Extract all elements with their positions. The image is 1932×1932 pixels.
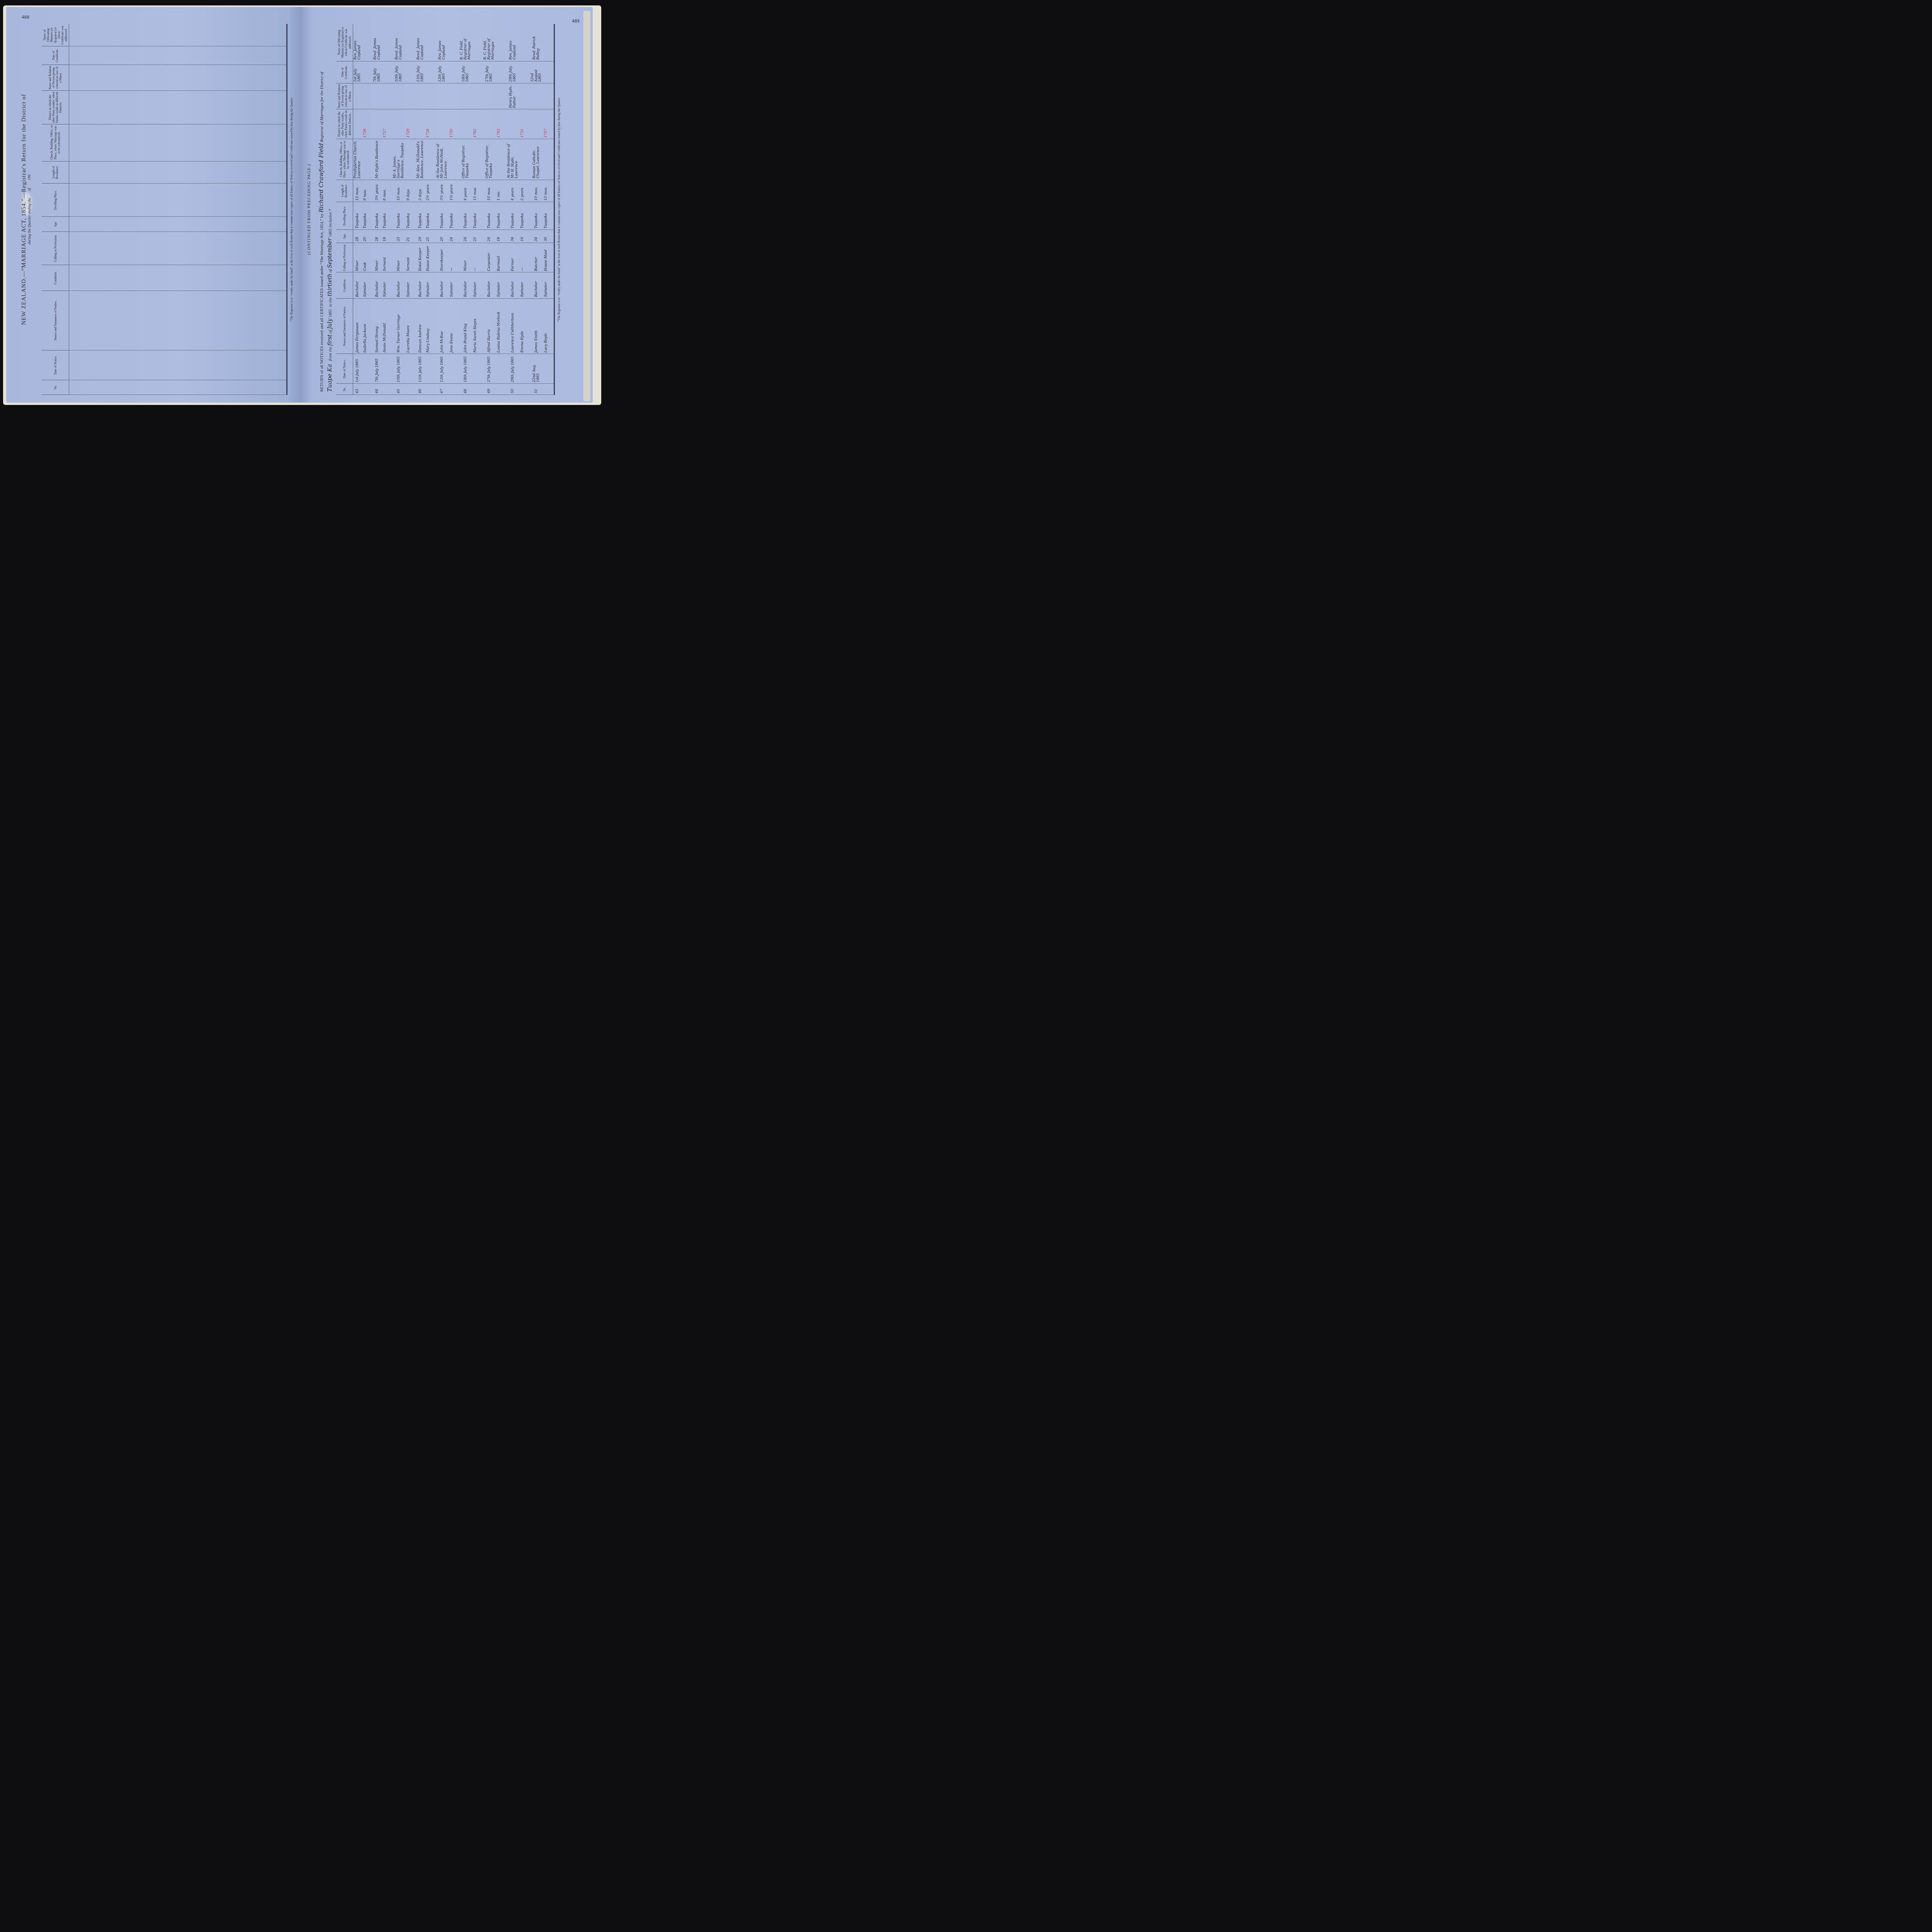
- register-number: 1728: [425, 109, 432, 139]
- age: 25: [425, 230, 432, 243]
- marriage-place: Office of Registrar, Tuapeka: [459, 139, 472, 180]
- notice-date: 27th July 1865: [483, 354, 495, 384]
- certificate-date: 11th July 1865: [416, 61, 425, 83]
- minister: [495, 24, 503, 61]
- calling: Cook: [362, 243, 369, 272]
- certificate-date: 10th July 1865: [393, 61, 405, 83]
- condition: Bachelor: [353, 272, 362, 298]
- register-number: [373, 109, 381, 139]
- dwelling: Tuapeka: [381, 202, 389, 230]
- marriage-place: [472, 139, 479, 180]
- notice-date: 29th July 1865: [507, 354, 519, 384]
- entry-number: [519, 384, 526, 395]
- consent: [353, 83, 362, 109]
- age: 18: [495, 230, 503, 243]
- marriage-place: [543, 139, 550, 180]
- col-date-notice: Date of Notice.: [42, 350, 69, 380]
- residence-length: 10 mos.: [483, 180, 495, 202]
- entry-number: 50: [507, 384, 519, 395]
- consent: [519, 83, 526, 109]
- age: 20: [362, 230, 369, 243]
- col-names: Names and Surnames of Parties.: [42, 291, 69, 350]
- entry-number: [495, 384, 503, 395]
- row-spacer: [503, 24, 507, 395]
- marriage-place: At the Residence of Mr John McNeill, Law…: [436, 139, 448, 180]
- entry-number: 43: [353, 384, 362, 395]
- left-header-row: No. Date of Notice. Names and Surnames o…: [42, 24, 69, 395]
- certificate-date: [519, 61, 526, 83]
- certificate-date: [495, 61, 503, 83]
- condition: Spinster: [425, 272, 432, 298]
- party-name: Emma Hyde: [519, 298, 526, 354]
- left-page: 488 NEW ZEALAND.—“MARRIAGE ACT, 1854.”—R…: [6, 7, 300, 403]
- age: 21: [405, 230, 412, 243]
- condition: Bachelor: [416, 272, 425, 298]
- condition: Bachelor: [507, 272, 519, 298]
- calling: Miner: [393, 243, 405, 272]
- notice-date: 12th July 1865: [436, 354, 448, 384]
- residence-length: 9 mos.: [362, 180, 369, 202]
- table-row: 447th July 1865Samuel StrongBachelorMine…: [373, 24, 381, 395]
- minister: [405, 24, 412, 61]
- col-consent: Name and Relation of Person giving conse…: [42, 65, 69, 91]
- consent: [373, 83, 381, 109]
- minister: [425, 24, 432, 61]
- entry-number: 51: [530, 384, 543, 395]
- register-entries: 431st July 1865James FergussonBachelorMi…: [353, 24, 554, 395]
- residence-length: 3 days: [416, 180, 425, 202]
- table-row: Emma HydeSpinster—16Tuapeka2 years1731: [519, 24, 526, 395]
- dwelling: Tuapeka: [436, 202, 448, 230]
- table-row: 431st July 1865James FergussonBachelorMi…: [353, 24, 362, 395]
- left-register-table: No. Date of Notice. Names and Surnames o…: [42, 24, 286, 395]
- register-number: 1763: [495, 109, 503, 139]
- consent: [543, 83, 550, 109]
- entry-number: 48: [459, 384, 472, 395]
- certificate-date: [472, 61, 479, 83]
- entry-number: [381, 384, 389, 395]
- right-page: 489 (CONTINUED FROM PRECEDING PAGE.) RET…: [300, 7, 593, 403]
- party-name: Annie McDonald: [381, 298, 389, 354]
- return-line-2: Tuape Ka from the first of July 1865 to …: [325, 24, 334, 395]
- party-name: Jane Evans: [448, 298, 456, 354]
- condition: Spinster: [448, 272, 456, 298]
- age: 34: [507, 230, 519, 243]
- calling: Carpenter: [483, 243, 495, 272]
- age: 16: [519, 230, 526, 243]
- marriage-place: [519, 139, 526, 180]
- marriage-place: [448, 139, 456, 180]
- register-number: 1757: [543, 109, 550, 139]
- marriage-place: [405, 139, 412, 180]
- residence-length: 2 years: [519, 180, 526, 202]
- table-row: Isabella JacksonSpinsterCook20Tuapeka9 m…: [362, 24, 369, 395]
- certificate-date: 7th July 1865: [373, 61, 381, 83]
- col-minister: Name of Officiating Minister (or Registr…: [42, 24, 69, 46]
- marriage-place: Roman Catholic Chapel, Lawrence: [530, 139, 543, 180]
- row-spacer: [432, 24, 436, 395]
- notice-date: 22nd Aug. 1865: [530, 354, 543, 384]
- condition: Spinster: [381, 272, 389, 298]
- row-spacer: [526, 24, 530, 395]
- entry-number: 44: [373, 384, 381, 395]
- register-number: [436, 109, 448, 139]
- register-number: 1726: [362, 109, 369, 139]
- calling: —: [448, 243, 456, 272]
- minister: Revd. James Copland: [373, 24, 381, 61]
- age: 34: [530, 230, 543, 243]
- register-number: [530, 109, 543, 139]
- minister: Rev. James Copland: [436, 24, 448, 61]
- marriage-place: [381, 139, 389, 180]
- dwelling: Tuapeka: [483, 202, 495, 230]
- calling: Butcher: [530, 243, 543, 272]
- condition: Bachelor: [393, 272, 405, 298]
- residence-length: 12 mos.: [543, 180, 550, 202]
- party-name: Laurence Cuthbertson: [507, 298, 519, 354]
- return-line-1: RETURN of all NOTICES received and all C…: [317, 24, 325, 395]
- table-row: 4712th July 1865John McRaeBachelorStorek…: [436, 24, 448, 395]
- left-page-content: NEW ZEALAND.—“MARRIAGE ACT, 1854.”—Regis…: [18, 24, 296, 395]
- condition: Bachelor: [483, 272, 495, 298]
- minister: [543, 24, 550, 61]
- party-name: Samuel Strong: [373, 298, 381, 354]
- calling: Storekeeper: [436, 243, 448, 272]
- residence-length: 12 mos.: [353, 180, 362, 202]
- calling: —: [519, 243, 526, 272]
- party-name: Duncan Andrew: [416, 298, 425, 354]
- residence-length: 4 years: [507, 180, 519, 202]
- table-row: 5029th July 1865Laurence CuthbertsonBach…: [507, 24, 519, 395]
- consent: Henry Hyde, Father: [507, 83, 519, 109]
- register-number: [393, 109, 405, 139]
- condition: Bachelor: [459, 272, 472, 298]
- party-name: Isabella Jackson: [362, 298, 369, 354]
- notice-date: [362, 354, 369, 384]
- register-number: [353, 109, 362, 139]
- register-number: 1730: [448, 109, 456, 139]
- party-name: Wm. Turner Gorringe: [393, 298, 405, 354]
- calling: —: [472, 243, 479, 272]
- consent: [416, 83, 425, 109]
- col-cert-date: Date of Certificate.: [42, 46, 69, 65]
- row-spacer: [456, 24, 459, 395]
- table-row: Annie McDonaldSpinsterServant18Tuapeka8 …: [381, 24, 389, 395]
- notice-date: [405, 354, 412, 384]
- certificate-date: 27th July 1865: [483, 61, 495, 83]
- ledger-book: 488 NEW ZEALAND.—“MARRIAGE ACT, 1854.”—R…: [3, 5, 601, 405]
- table-row: Mary LindsaySpinsterHouse Keeper25Tuapek…: [425, 24, 432, 395]
- residence-length: 10 mos.: [393, 180, 405, 202]
- residence-length: 1 mo.: [495, 180, 503, 202]
- register-number: [483, 109, 495, 139]
- consent: [483, 83, 495, 109]
- condition: Spinster: [405, 272, 412, 298]
- consent: [495, 83, 503, 109]
- continued-heading: (CONTINUED FROM PRECEDING PAGE.): [307, 24, 311, 395]
- row-spacer: [412, 24, 416, 395]
- dwelling: Tuapeka: [353, 202, 362, 230]
- notice-date: 7th July 1865: [373, 354, 381, 384]
- certificate-date: [362, 61, 369, 83]
- notice-date: 11th July 1865: [416, 354, 425, 384]
- register-number: [416, 109, 425, 139]
- table-row: Lucy BoyleSpinsterHouse Maid30Tuapeka12 …: [543, 24, 550, 395]
- col-district: District in which the other Party reside…: [42, 91, 69, 124]
- consent: [362, 83, 369, 109]
- col-condition: Condition.: [42, 265, 69, 291]
- certificate-date: 22nd August 1865: [530, 61, 543, 83]
- party-name: Lucretia Moore: [405, 298, 412, 354]
- table-row: 4611th July 1865Duncan AndrewBachelorHot…: [416, 24, 425, 395]
- consent: [459, 83, 472, 109]
- left-page-number: 488: [22, 15, 29, 20]
- dwelling: Tuapeka: [362, 202, 369, 230]
- consent: [405, 83, 412, 109]
- notice-date: [519, 354, 526, 384]
- dwelling: Tuapeka: [393, 202, 405, 230]
- notice-date: 18th July 1865: [459, 354, 472, 384]
- condition: Spinster: [543, 272, 550, 298]
- minister: [448, 24, 456, 61]
- age: 29: [416, 230, 425, 243]
- table-row: 4510th July 1865Wm. Turner GorringeBache…: [393, 24, 405, 395]
- certificate-date: 1st July 1865: [353, 61, 362, 83]
- dwelling: Tuapeka: [507, 202, 519, 230]
- dwelling: Tuapeka: [448, 202, 456, 230]
- consent: [381, 83, 389, 109]
- table-row: 4927th July 1865Alfred HarrisBachelorCar…: [483, 24, 495, 395]
- minister: [381, 24, 389, 61]
- certificate-date: [425, 61, 432, 83]
- register-number: [459, 109, 472, 139]
- minister: Revd. Patrick Bulleg: [530, 24, 543, 61]
- minister: Rev. James Copland: [507, 24, 519, 61]
- condition: Spinster: [362, 272, 369, 298]
- age: 20: [436, 230, 448, 243]
- calling: House Maid: [543, 243, 550, 272]
- age: 25: [472, 230, 479, 243]
- entry-number: 49: [483, 384, 495, 395]
- certificate-date: 29th July 1865: [507, 61, 519, 83]
- right-footnote: *The Registrar is to “certify under his …: [557, 24, 561, 395]
- certificate-date: [448, 61, 456, 83]
- party-name: John Brand King: [459, 298, 472, 354]
- age: 33: [393, 230, 405, 243]
- party-name: Maria Sarah Hayes: [472, 298, 479, 354]
- registrar-name: Richard Crawford Field: [318, 143, 325, 213]
- minister: [472, 24, 479, 61]
- page-edges: [583, 11, 590, 401]
- notice-date: [448, 354, 456, 384]
- age: 24: [448, 230, 456, 243]
- table-row: 4818th July 1865John Brand KingBachelorM…: [459, 24, 472, 395]
- minister: Revd. James Copland: [416, 24, 425, 61]
- calling: Farmer: [507, 243, 519, 272]
- consent: [393, 83, 405, 109]
- calling: Barmaid: [495, 243, 503, 272]
- party-name: John McRae: [436, 298, 448, 354]
- entry-number: 47: [436, 384, 448, 395]
- calling: House Keeper: [425, 243, 432, 272]
- table-row: 5122nd Aug. 1865James SmithBachelorButch…: [530, 24, 543, 395]
- calling: Miner: [353, 243, 362, 272]
- marriage-place: [362, 139, 369, 180]
- minister: Rev. James Copland: [353, 24, 362, 61]
- row-spacer: [479, 24, 483, 395]
- entry-number: [405, 384, 412, 395]
- party-name: Alfred Harris: [483, 298, 495, 354]
- condition: Spinster: [495, 272, 503, 298]
- certificate-date: 18th July 1865: [459, 61, 472, 83]
- age: 24: [483, 230, 495, 243]
- age: 28: [353, 230, 362, 243]
- col-calling: Calling or Profession.: [42, 231, 69, 265]
- calling: Miner: [459, 243, 472, 272]
- marriage-place: Mr Alex. McDonald's Residence, Lawrence: [416, 139, 425, 180]
- condition: Spinster: [472, 272, 479, 298]
- register-number: 1731: [519, 109, 526, 139]
- minister: [362, 24, 369, 61]
- col-no: No.: [42, 380, 69, 395]
- residence-length: 2½ years: [425, 180, 432, 202]
- register-number: 1727: [381, 109, 389, 139]
- register-number: [507, 109, 519, 139]
- condition: Bachelor: [373, 272, 381, 298]
- left-footnote: *The Registrar is to “certify under his …: [290, 24, 293, 395]
- dwelling: Tuapeka: [416, 202, 425, 230]
- residence-length: 3½ years: [436, 180, 448, 202]
- right-page-content: (CONTINUED FROM PRECEDING PAGE.) RETURN …: [303, 24, 585, 395]
- minister: R. C. Field, Registrar of Marriages: [483, 24, 495, 61]
- col-age: Age.: [42, 217, 69, 231]
- consent: [472, 83, 479, 109]
- left-empty-body: [69, 24, 287, 395]
- age: 30: [543, 230, 550, 243]
- marriage-place: Mr Hyde's Residence: [373, 139, 381, 180]
- col-place: Church, Building, Office, or Place, wher…: [42, 124, 69, 161]
- certificate-date: [381, 61, 389, 83]
- notice-date: 10th July 1865: [393, 354, 405, 384]
- certificate-date: [543, 61, 550, 83]
- condition: Bachelor: [436, 272, 448, 298]
- notice-date: [495, 354, 503, 384]
- party-name: Lucy Boyle: [543, 298, 550, 354]
- district-name: Tuape Ka: [326, 364, 333, 392]
- table-row: Jane EvansSpinster—24Tuapeka1½ years1730: [448, 24, 456, 395]
- dwelling: Tuapeka: [405, 202, 412, 230]
- residence-length: 10 mos.: [530, 180, 543, 202]
- dwelling: Tuapeka: [519, 202, 526, 230]
- consent: [425, 83, 432, 109]
- residence-length: 8 mos.: [381, 180, 389, 202]
- dwelling: Tuapeka: [495, 202, 503, 230]
- residence-length: 4 years: [459, 180, 472, 202]
- calling: Hotel Keeper: [416, 243, 425, 272]
- register-number: 1729: [405, 109, 412, 139]
- dwelling: Tuapeka: [530, 202, 543, 230]
- age: 18: [381, 230, 389, 243]
- row-spacer: [550, 24, 554, 395]
- marriage-place: Office of Registrar, Tuapeka: [483, 139, 495, 180]
- right-header-row: No. Date of Notice. Names and Surnames o…: [336, 24, 353, 395]
- right-register-table: No. Date of Notice. Names and Surnames o…: [336, 24, 554, 395]
- marriage-place: [495, 139, 503, 180]
- party-name: Mary Lindsay: [425, 298, 432, 354]
- minister: [519, 24, 526, 61]
- age: 28: [373, 230, 381, 243]
- marriage-place: [425, 139, 432, 180]
- condition: Bachelor: [530, 272, 543, 298]
- marriage-place: Presbyterian Church, Lawrence: [353, 139, 362, 180]
- notice-date: [472, 354, 479, 384]
- notice-date: [425, 354, 432, 384]
- calling: Miner: [373, 243, 381, 272]
- notice-date: [381, 354, 389, 384]
- entry-number: [425, 384, 432, 395]
- dwelling: Tuapeka: [373, 202, 381, 230]
- minister: R. C. Field, Registrar of Marriages: [459, 24, 472, 61]
- residence-length: 15 mos.: [472, 180, 479, 202]
- marriage-place: Mr A. James, Gorringe's Residence, Tuape…: [393, 139, 405, 180]
- row-spacer: [389, 24, 393, 395]
- consent: [436, 83, 448, 109]
- row-spacer: [369, 24, 373, 395]
- col-dwelling: Dwelling Place.: [42, 184, 69, 217]
- right-page-number: 489: [572, 19, 580, 24]
- entry-number: [543, 384, 550, 395]
- calling: Servant: [381, 243, 389, 272]
- entry-number: [448, 384, 456, 395]
- dwelling: Tuapeka: [425, 202, 432, 230]
- entry-number: [362, 384, 369, 395]
- residence-length: 1½ years: [448, 180, 456, 202]
- left-subtitle: during the Quarter ending the of 186: [27, 24, 32, 395]
- dwelling: Tuapeka: [459, 202, 472, 230]
- party-name: James Fergusson: [353, 298, 362, 354]
- entry-number: 45: [393, 384, 405, 395]
- party-name: Louisa Rubina Morlock: [495, 298, 503, 354]
- consent: [530, 83, 543, 109]
- table-row: Maria Sarah HayesSpinster—25Tuapeka15 mo…: [472, 24, 479, 395]
- entry-number: [472, 384, 479, 395]
- dwelling: Tuapeka: [543, 202, 550, 230]
- residence-length: 9 days: [405, 180, 412, 202]
- certificate-date: [405, 61, 412, 83]
- col-residence: Length of Residence.: [42, 161, 69, 184]
- table-row: Lucretia MooreSpinsterServant21Tuapeka9 …: [405, 24, 412, 395]
- party-name: James Smith: [530, 298, 543, 354]
- table-row: Louisa Rubina MorlockSpinsterBarmaid18Tu…: [495, 24, 503, 395]
- residence-length: 3½ years: [373, 180, 381, 202]
- dwelling: Tuapeka: [472, 202, 479, 230]
- condition: Spinster: [519, 272, 526, 298]
- left-title: NEW ZEALAND.—“MARRIAGE ACT, 1854.”—Regis…: [21, 24, 27, 395]
- entry-number: 46: [416, 384, 425, 395]
- notice-date: 1st July 1865: [353, 354, 362, 384]
- notice-date: [543, 354, 550, 384]
- consent: [448, 83, 456, 109]
- calling: Servant: [405, 243, 412, 272]
- minister: Revd. James Copland: [393, 24, 405, 61]
- age: 24: [459, 230, 472, 243]
- marriage-place: At the Residence of Mr H. Hyde, Lawrence: [507, 139, 519, 180]
- register-number: 1762: [472, 109, 479, 139]
- certificate-date: 12th July 1865: [436, 61, 448, 83]
